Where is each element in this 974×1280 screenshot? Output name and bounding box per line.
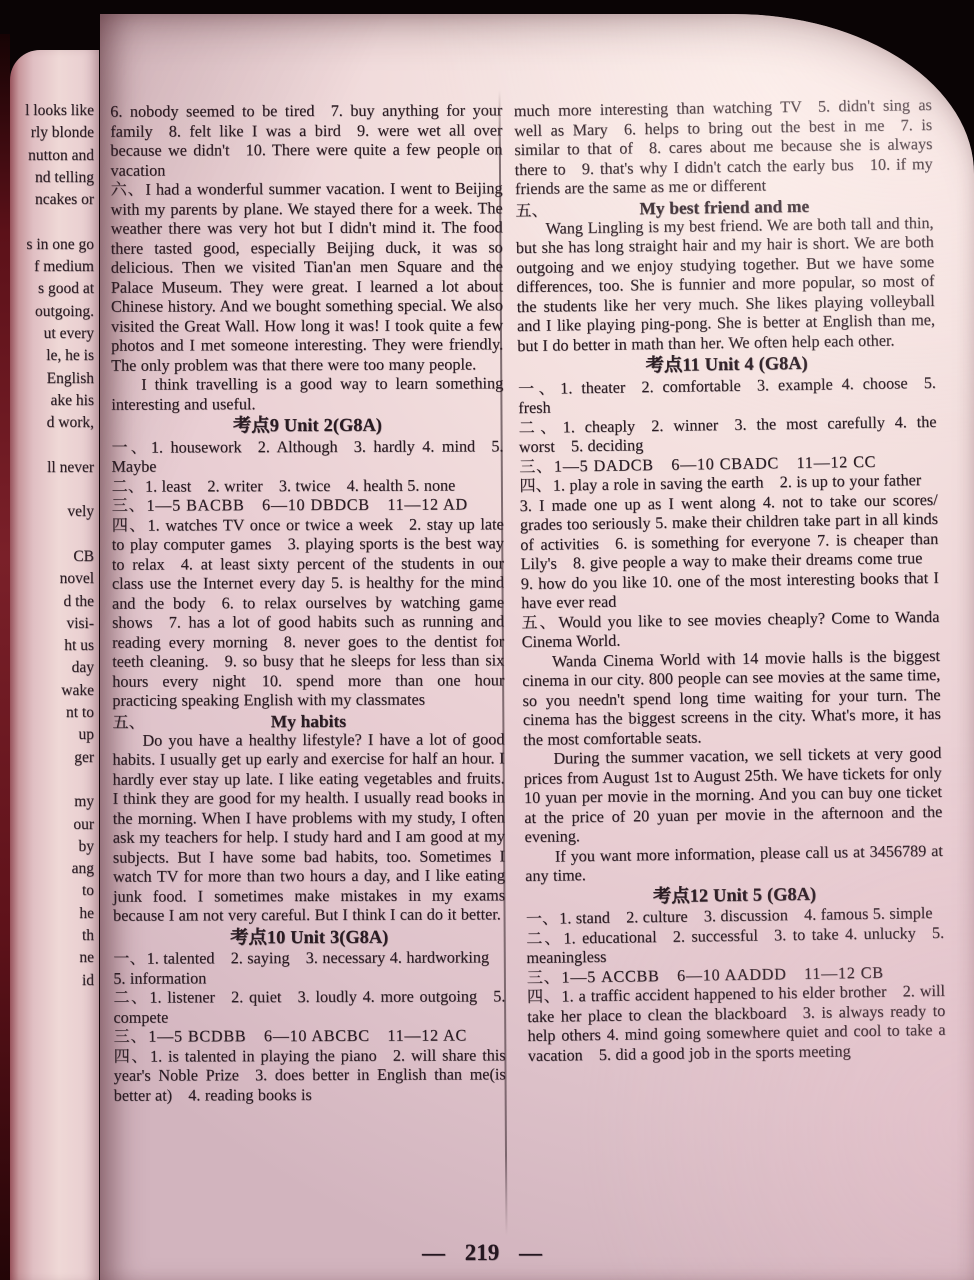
list-marker: 五、: [515, 200, 548, 220]
essay-title-row: 五、My habits: [112, 710, 504, 731]
text-fragment: rly blonde: [10, 122, 99, 144]
left-column-inner: 6. nobody seemed to be tired 7. buy anyt…: [110, 101, 505, 1105]
book-photo: { "photo": { "background_color": "#0a040…: [0, 0, 974, 1280]
text-fragment: s good at: [10, 278, 99, 300]
paragraph: 四、1. is talented in playing the piano 2.…: [114, 1046, 506, 1106]
list-marker: 二、: [526, 929, 564, 948]
text-fragment: ll never: [10, 457, 99, 479]
paragraph: Do you have a healthy lifestyle? I have …: [112, 730, 505, 926]
text-fragment: ger: [10, 747, 99, 769]
paragraph: 二、1. educational 2. successful 3. to tak…: [526, 923, 945, 968]
answer-page: 6. nobody seemed to be tired 7. buy anyt…: [100, 14, 974, 1280]
answer-choices-line: 三、1—5 BCDBB 6—10 ABCBC 11—12 AC: [113, 1026, 505, 1047]
list-marker: 六、: [111, 181, 146, 199]
list-marker: 四、: [114, 1047, 150, 1065]
paragraph: Wanda Cinema World with 14 movie halls i…: [522, 646, 941, 750]
text-fragment: ake his: [10, 390, 99, 412]
book-spine-edge: [0, 34, 10, 1280]
list-marker: 一、: [111, 438, 151, 456]
text-fragment: wake: [10, 680, 99, 702]
paragraph: 二、1. listener 2. quiet 3. loudly 4. more…: [113, 987, 505, 1027]
paragraph: 二、1. cheaply 2. winner 3. the most caref…: [518, 412, 937, 457]
text-fragment: d work,: [10, 412, 99, 434]
previous-page-sliver: l looks likerly blondenutton andnd telli…: [10, 50, 99, 1280]
paragraph: much more interesting than watching TV 5…: [514, 96, 933, 200]
text-fragment: le, he is: [10, 345, 99, 367]
list-marker: 五、: [521, 613, 558, 632]
paragraph: During the summer vacation, we sell tick…: [523, 744, 942, 848]
text-fragment: f medium: [10, 256, 99, 278]
list-marker: 三、: [519, 457, 554, 476]
text-fragment: ht us: [10, 635, 99, 657]
text-fragment: nt to: [10, 702, 99, 724]
list-marker: 二、: [518, 418, 562, 437]
right-column: much more interesting than watching TV 5…: [518, 102, 946, 1105]
text-fragment: visi-: [10, 613, 99, 635]
text-fragment: nd telling: [10, 167, 99, 189]
paragraph: 二、1. least 2. writer 3. twice 4. health …: [112, 476, 504, 497]
list-marker: 四、: [527, 987, 562, 1006]
paragraph: 四、1. play a role in saving the earth 2. …: [519, 471, 939, 614]
paragraph: 一、1. housework 2. Although 3. hardly 4. …: [111, 437, 503, 477]
text-fragment: outgoing.: [10, 301, 99, 323]
text-fragment: up: [10, 724, 99, 746]
section-heading: 考点10 Unit 3(G8A): [113, 926, 505, 949]
paragraph: 五、Would you like to see movies cheaply? …: [521, 607, 940, 652]
text-fragment: day: [10, 657, 99, 679]
text-fragment: my: [10, 791, 99, 813]
page-number: — 219 —: [100, 1240, 864, 1266]
right-column-inner: much more interesting than watching TV 5…: [514, 96, 946, 1066]
text-fragment: by: [10, 836, 99, 858]
fragment-gap: [10, 524, 99, 546]
list-marker: 三、: [112, 497, 147, 515]
fragment-gap: [10, 434, 99, 456]
paragraph: 六、I had a wonderful summer vacation. I w…: [111, 179, 504, 375]
left-column: 6. nobody seemed to be tired 7. buy anyt…: [112, 102, 504, 1105]
text-fragment: ut every: [10, 323, 99, 345]
fragment-gap: [10, 211, 99, 233]
text-fragment: English: [10, 368, 99, 390]
paragraph: I think travelling is a good way to lear…: [111, 374, 503, 414]
page-columns: 6. nobody seemed to be tired 7. buy anyt…: [112, 102, 950, 1105]
list-marker: 一、: [526, 910, 560, 928]
text-fragment: our: [10, 814, 99, 836]
section-heading: 考点9 Unit 2(G8A): [111, 414, 503, 437]
list-marker: 四、: [112, 516, 148, 534]
list-marker: 一、: [113, 950, 146, 968]
text-fragment: novel: [10, 568, 99, 590]
essay-title: My best friend and me: [639, 195, 809, 218]
list-marker: 二、: [113, 989, 149, 1007]
text-fragment: s in one go: [10, 234, 99, 256]
list-marker: 三、: [113, 1028, 148, 1046]
text-fragment: d the: [10, 591, 99, 613]
list-marker: 五、: [112, 712, 144, 732]
paragraph: 一、1. theater 2. comfortable 3. example 4…: [518, 373, 937, 418]
fragment-gap: [10, 769, 99, 791]
text-fragment: vely: [10, 501, 99, 523]
text-fragment: CB: [10, 546, 99, 568]
answer-choices-line: 三、1—5 BACBB 6—10 DBDCB 11—12 AD: [112, 495, 504, 516]
paragraph: 一、1. talented 2. saying 3. necessary 4. …: [113, 948, 505, 988]
essay-title: My habits: [271, 710, 346, 730]
paragraph: 四、1. a traffic accident happened to his …: [527, 982, 946, 1066]
text-fragment: id: [10, 970, 99, 992]
paragraph: Wang Lingling is my best friend. We are …: [515, 213, 935, 356]
text-fragment: ang: [10, 858, 99, 880]
text-fragment: th: [10, 925, 99, 947]
text-fragment: to: [10, 880, 99, 902]
text-fragment: he: [10, 903, 99, 925]
paragraph: If you want more information, please cal…: [525, 841, 944, 886]
text-fragment: ne: [10, 947, 99, 969]
fragment-gap: [10, 479, 99, 501]
text-fragment: nutton and: [10, 145, 99, 167]
text-fragment: l looks like: [10, 100, 99, 122]
list-marker: 三、: [527, 968, 562, 987]
paragraph: 四、1. watches TV once or twice a week 2. …: [112, 515, 505, 711]
list-marker: 四、: [519, 477, 553, 495]
paragraph: 6. nobody seemed to be tired 7. buy anyt…: [110, 101, 502, 180]
list-marker: 二、: [112, 477, 145, 495]
list-marker: 一、: [518, 379, 561, 398]
text-fragment: ncakes or: [10, 189, 99, 211]
